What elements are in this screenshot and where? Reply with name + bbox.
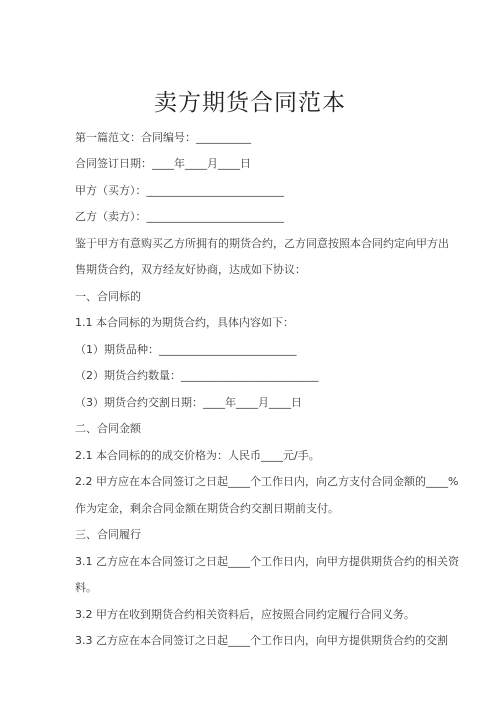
document-line: 1.1 本合同标的为期货合约，具体内容如下： [75, 316, 294, 330]
document-line: 2.1 本合同标的的成交价格为：人民币____元/手。 [75, 449, 320, 463]
document-line: 售期货合约，双方经友好协商，达成如下协议： [75, 263, 306, 277]
document-line: 3.3 乙方应在本合同签订之日起____个工作日内，向甲方提供期货合约的交割 [75, 634, 448, 648]
document-line: 作为定金，剩余合同金额在期货合约交割日期前支付。 [75, 502, 339, 516]
document-line: 二、合同金额 [75, 422, 141, 436]
document-line: 第一篇范文：合同编号：__________ [75, 131, 251, 145]
document-line: （2）期货合约数量：_________________________ [75, 369, 319, 383]
document-line: 甲方（买方）：_________________________ [75, 184, 284, 198]
document-line: 一、合同标的 [75, 290, 141, 304]
document-line: 鉴于甲方有意购买乙方所拥有的期货合约，乙方同意按照本合同约定向甲方出 [75, 237, 449, 251]
document-title: 卖方期货合同范本 [0, 84, 500, 117]
document-line: 3.1 乙方应在本合同签订之日起____个工作日内，向甲方提供期货合约的相关资 [75, 555, 459, 569]
document-line: 乙方（卖方）：_________________________ [75, 210, 284, 224]
document-line: 2.2 甲方应在本合同签订之日起____个工作日内，向乙方支付合同金额的____… [75, 475, 458, 489]
document-line: 3.2 甲方在收到期货合约相关资料后，应按照合同约定履行合同义务。 [75, 608, 415, 622]
document-line: （1）期货品种：_________________________ [75, 343, 297, 357]
document-line: 料。 [75, 581, 97, 595]
document-line: 合同签订日期：____年____月____日 [75, 157, 251, 171]
document-line: 三、合同履行 [75, 528, 141, 542]
document-line: （3）期货合约交割日期：____年____月____日 [75, 396, 302, 410]
